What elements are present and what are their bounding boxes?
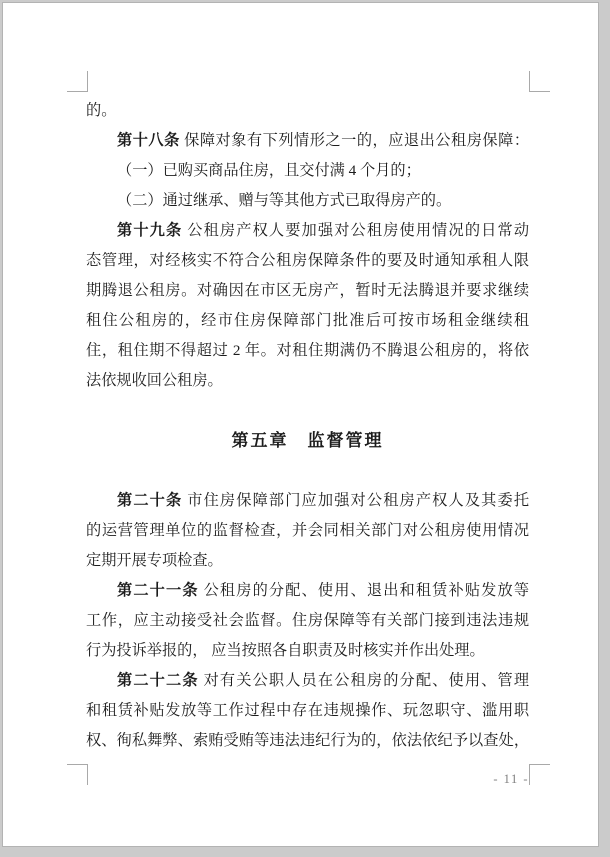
text-line: 和租赁补贴发放等工作过程中存在违规操作、玩忽职守、滥用职 [86,696,529,726]
text-boundary-mark-top-right [529,71,550,92]
line-text: 和租赁补贴发放等工作过程中存在违规操作、玩忽职守、滥用职 [86,702,529,719]
document-text-block: 的。 第十八条 保障对象有下列情形之一的，应退出公租房保障： （一）已购买商品住… [86,96,529,756]
text-line: 第十八条 保障对象有下列情形之一的，应退出公租房保障： [86,126,529,156]
chapter-heading: 第五章 监督管理 [86,426,529,456]
page-number: - 11 - [86,769,529,789]
line-text: 市住房保障部门应加强对公租房产权人及其委托 [182,492,529,509]
text-line: 工作，应主动接受社会监督。住房保障等有关部门接到违法违规 [86,606,529,636]
text-line: 法依规收回公租房。 [86,366,529,396]
text-line: 第十九条 公租房产权人要加强对公租房使用情况的日常动 [86,216,529,246]
text-line: 第二十条 市住房保障部门应加强对公租房产权人及其委托 [86,486,529,516]
line-text: 住，租住期不得超过 2 年。对租住期满仍不腾退公租房的，将依 [86,342,529,359]
line-text: 保障对象有下列情形之一的，应退出公租房保障： [180,132,529,149]
text-line: 权、徇私舞弊、索贿受贿等违法违纪行为的，依法依纪予以查处， [86,726,529,756]
text-line: （二）通过继承、赠与等其他方式已取得房产的。 [86,186,529,216]
line-text: （二）通过继承、赠与等其他方式已取得房产的。 [117,192,451,209]
line-text: 态管理，对经核实不符合公租房保障条件的要及时通知承租人限 [86,252,529,269]
document-page: 的。 第十八条 保障对象有下列情形之一的，应退出公租房保障： （一）已购买商品住… [2,2,599,847]
text-boundary-mark-bottom-left [67,764,88,785]
text-boundary-mark-bottom-right [529,764,550,785]
line-text: 公租房产权人要加强对公租房使用情况的日常动 [182,222,529,239]
text-boundary-mark-top-left [67,71,88,92]
text-line: 第二十一条 公租房的分配、使用、退出和租赁补贴发放等 [86,576,529,606]
line-text: 的。 [86,102,116,119]
line-text: 对有关公职人员在公租房的分配、使用、管理 [199,672,529,689]
line-text: 定期开展专项检查。 [86,552,223,569]
line-text: 期腾退公租房。对确因在市区无房产，暂时无法腾退并要求继续 [86,282,529,299]
line-text: 租住公租房的，经市住房保障部门批准后可按市场租金继续租 [86,312,529,329]
text-line: 定期开展专项检查。 [86,546,529,576]
line-text: 的运营管理单位的监督检查，并会同相关部门对公租房使用情况 [86,522,529,539]
text-line: 行为投诉举报的， 应当按照各自职责及时核实并作出处理。 [86,636,529,666]
article-number: 第二十二条 [117,672,199,689]
chapter-heading-text: 第五章 监督管理 [232,431,384,450]
article-number: 第十九条 [117,222,182,239]
line-text: 工作，应主动接受社会监督。住房保障等有关部门接到违法违规 [86,612,529,629]
article-number: 第二十一条 [117,582,199,599]
text-line: 住，租住期不得超过 2 年。对租住期满仍不腾退公租房的，将依 [86,336,529,366]
blank-line [86,396,529,426]
text-line: 的运营管理单位的监督检查，并会同相关部门对公租房使用情况 [86,516,529,546]
text-line: 态管理，对经核实不符合公租房保障条件的要及时通知承租人限 [86,246,529,276]
text-line: 的。 [86,96,529,126]
line-text: 行为投诉举报的， 应当按照各自职责及时核实并作出处理。 [86,642,485,659]
text-line: 第二十二条 对有关公职人员在公租房的分配、使用、管理 [86,666,529,696]
text-line: 期腾退公租房。对确因在市区无房产，暂时无法腾退并要求继续 [86,276,529,306]
article-number: 第十八条 [117,132,180,149]
blank-line [86,456,529,486]
line-text: 法依规收回公租房。 [86,372,223,389]
article-number: 第二十条 [117,492,182,509]
document-viewport: 的。 第十八条 保障对象有下列情形之一的，应退出公租房保障： （一）已购买商品住… [0,0,610,857]
line-text: 公租房的分配、使用、退出和租赁补贴发放等 [199,582,529,599]
text-line: 租住公租房的，经市住房保障部门批准后可按市场租金继续租 [86,306,529,336]
line-text: （一）已购买商品住房，且交付满 4 个月的； [117,162,421,179]
line-text: 权、徇私舞弊、索贿受贿等违法违纪行为的，依法依纪予以查处， [86,732,529,749]
text-line: （一）已购买商品住房，且交付满 4 个月的； [86,156,529,186]
